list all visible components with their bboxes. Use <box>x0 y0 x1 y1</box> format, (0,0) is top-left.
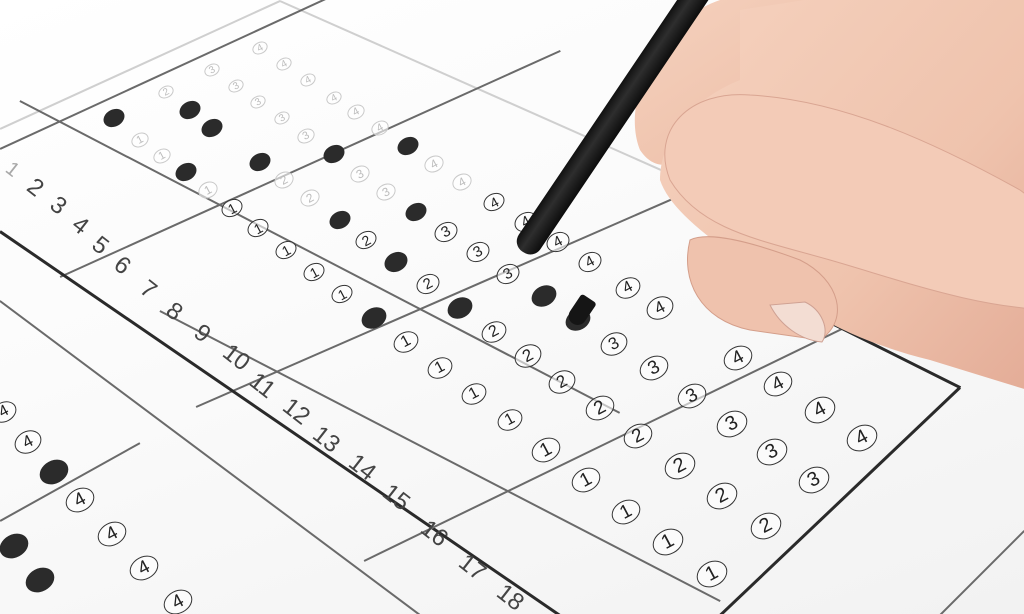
question-number: 1 <box>1 158 24 183</box>
answer-bubble: 1 <box>129 130 151 151</box>
answer-bubble: 1 <box>692 555 732 592</box>
answer-bubble: 3 <box>463 238 493 266</box>
answer-bubble: 2 <box>746 507 786 544</box>
grid-line <box>939 530 1024 614</box>
answer-bubble: 2 <box>156 83 176 101</box>
filled-bubble: 1 <box>358 303 390 333</box>
answer-bubble: 3 <box>431 218 461 246</box>
question-number: 4 <box>66 211 94 241</box>
answer-bubble: 2 <box>413 270 443 298</box>
answer-sheet-photo: 123456789101112131415161718 122123411233… <box>0 0 1024 614</box>
filled-bubble: 2 <box>176 97 203 122</box>
answer-bubble: 1 <box>567 463 604 497</box>
answer-bubble: 4 <box>298 71 318 89</box>
answer-bubble: 1 <box>607 495 644 529</box>
filled-bubble: 2 <box>381 248 411 276</box>
answer-bubble: 4 <box>274 55 294 73</box>
filled-bubble: 3 <box>528 281 560 311</box>
filled-bubble: 3 <box>0 529 33 563</box>
answer-bubble: 1 <box>390 327 422 357</box>
answer-bubble: 3 <box>226 77 246 95</box>
question-number: 6 <box>108 251 136 281</box>
answer-bubble: 4 <box>0 397 20 427</box>
answer-bubble: 1 <box>424 353 456 383</box>
answer-bubble: 2 <box>510 340 545 373</box>
answer-bubble: 2 <box>352 227 379 252</box>
question-number: 13 <box>307 421 345 460</box>
grid-line <box>719 386 961 614</box>
answer-bubble: 4 <box>61 483 98 517</box>
answer-bubble: 3 <box>347 162 372 186</box>
answer-bubble: 1 <box>300 259 327 284</box>
question-number: 18 <box>491 579 529 614</box>
answer-bubble: 3 <box>272 109 292 127</box>
answer-bubble: 3 <box>202 61 222 79</box>
answer-bubble: 3 <box>712 405 752 442</box>
answer-bubble: 1 <box>151 146 173 167</box>
answer-bubble: 1 <box>494 405 526 435</box>
filled-bubble: 3 <box>21 563 58 597</box>
question-number: 9 <box>188 319 216 349</box>
answer-bubble: 4 <box>842 419 882 456</box>
answer-bubble: 4 <box>159 585 196 614</box>
answer-bubble: 3 <box>373 180 398 204</box>
answer-bubble: 3 <box>295 126 317 147</box>
filled-bubble: 3 <box>320 141 347 166</box>
answer-bubble: 4 <box>421 152 446 176</box>
answer-bubble: 1 <box>527 433 564 467</box>
filled-bubble: 2 <box>444 293 476 323</box>
grid-line <box>0 0 560 149</box>
answer-bubble: 1 <box>272 237 299 262</box>
answer-bubble: 4 <box>345 102 367 123</box>
answer-bubble: 3 <box>248 93 268 111</box>
answer-bubble: 4 <box>480 189 507 214</box>
filled-bubble: 3 <box>402 199 429 224</box>
answer-bubble: 4 <box>324 89 344 107</box>
filled-bubble: 2 <box>198 115 225 140</box>
answer-bubble: 3 <box>752 433 792 470</box>
answer-bubble: 3 <box>794 461 834 498</box>
question-number: 7 <box>134 275 162 305</box>
answer-bubble: 1 <box>458 379 490 409</box>
question-number: 3 <box>44 191 72 221</box>
question-number: 5 <box>86 231 114 261</box>
answer-bubble: 1 <box>648 523 688 560</box>
answer-bubble: 4 <box>250 39 270 57</box>
filled-bubble: 4 <box>394 133 421 158</box>
answer-bubble: 2 <box>702 477 742 514</box>
question-number: 2 <box>21 173 49 203</box>
answer-bubble: 2 <box>660 447 700 484</box>
answer-bubble: 4 <box>10 426 45 459</box>
answer-bubble: 1 <box>328 281 355 306</box>
filled-bubble: 1 <box>100 105 127 130</box>
answer-bubble: 4 <box>449 170 474 194</box>
answer-bubble: 4 <box>125 551 162 585</box>
grid-line <box>0 0 280 129</box>
answer-bubble: 4 <box>93 517 130 551</box>
answer-bubble: 2 <box>544 366 579 399</box>
filled-bubble: 2 <box>246 149 273 174</box>
answer-bubble: 2 <box>297 186 322 210</box>
filled-bubble: 2 <box>326 207 353 232</box>
question-number: 14 <box>343 449 381 488</box>
answer-bubble: 1 <box>195 178 220 202</box>
answer-bubble: 2 <box>619 419 656 453</box>
question-number: 17 <box>453 549 491 588</box>
